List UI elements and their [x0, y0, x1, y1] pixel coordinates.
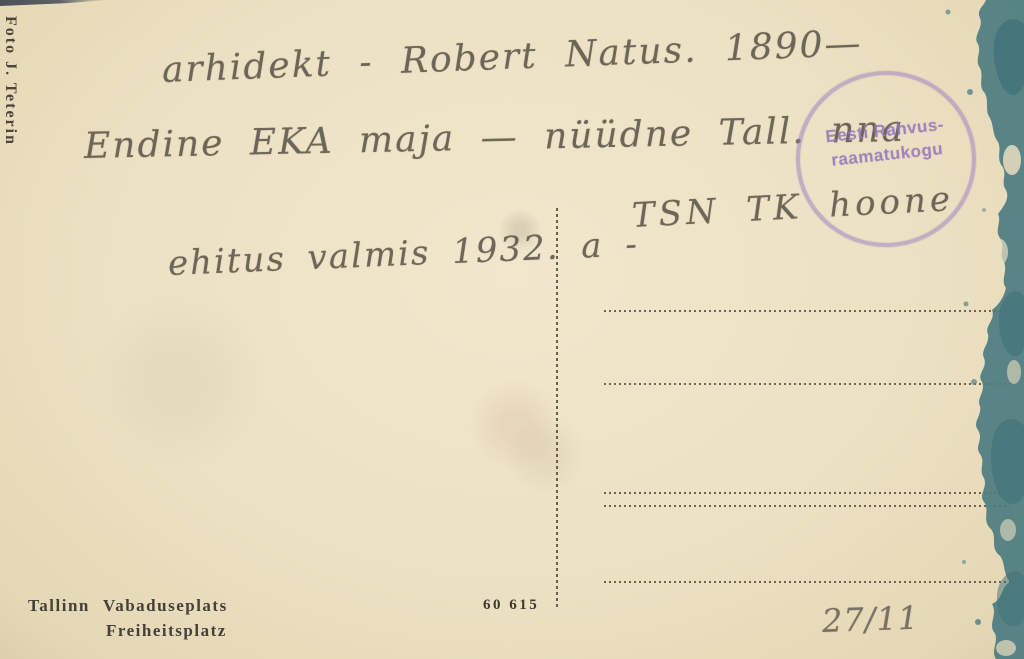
edge-stain-graphic — [940, 0, 1024, 659]
handwriting-line-2: Endine EKA maja — nüüdne Tall. nna — [84, 109, 906, 167]
photographer-credit: Foto J. Teterin — [1, 16, 19, 146]
handwriting-line-4: ehitus valmis 1932. a - — [167, 224, 639, 284]
postcard-back: Foto J. Teterin arhidekt - Robert Natus.… — [0, 0, 1024, 659]
imprint-city: Tallinn — [28, 596, 90, 616]
archival-annotation: 27/11 — [821, 599, 919, 640]
handwriting-line-1: arhidekt - Robert Natus. 1890— — [161, 23, 863, 91]
serial-number: 60 615 — [483, 597, 539, 614]
imprint-place-estonian: Vabaduseplats — [103, 596, 228, 616]
address-divider-line — [556, 208, 558, 608]
imprint-place-german: Freiheitsplatz — [106, 621, 227, 641]
scan-edge-artifact — [0, 0, 108, 6]
